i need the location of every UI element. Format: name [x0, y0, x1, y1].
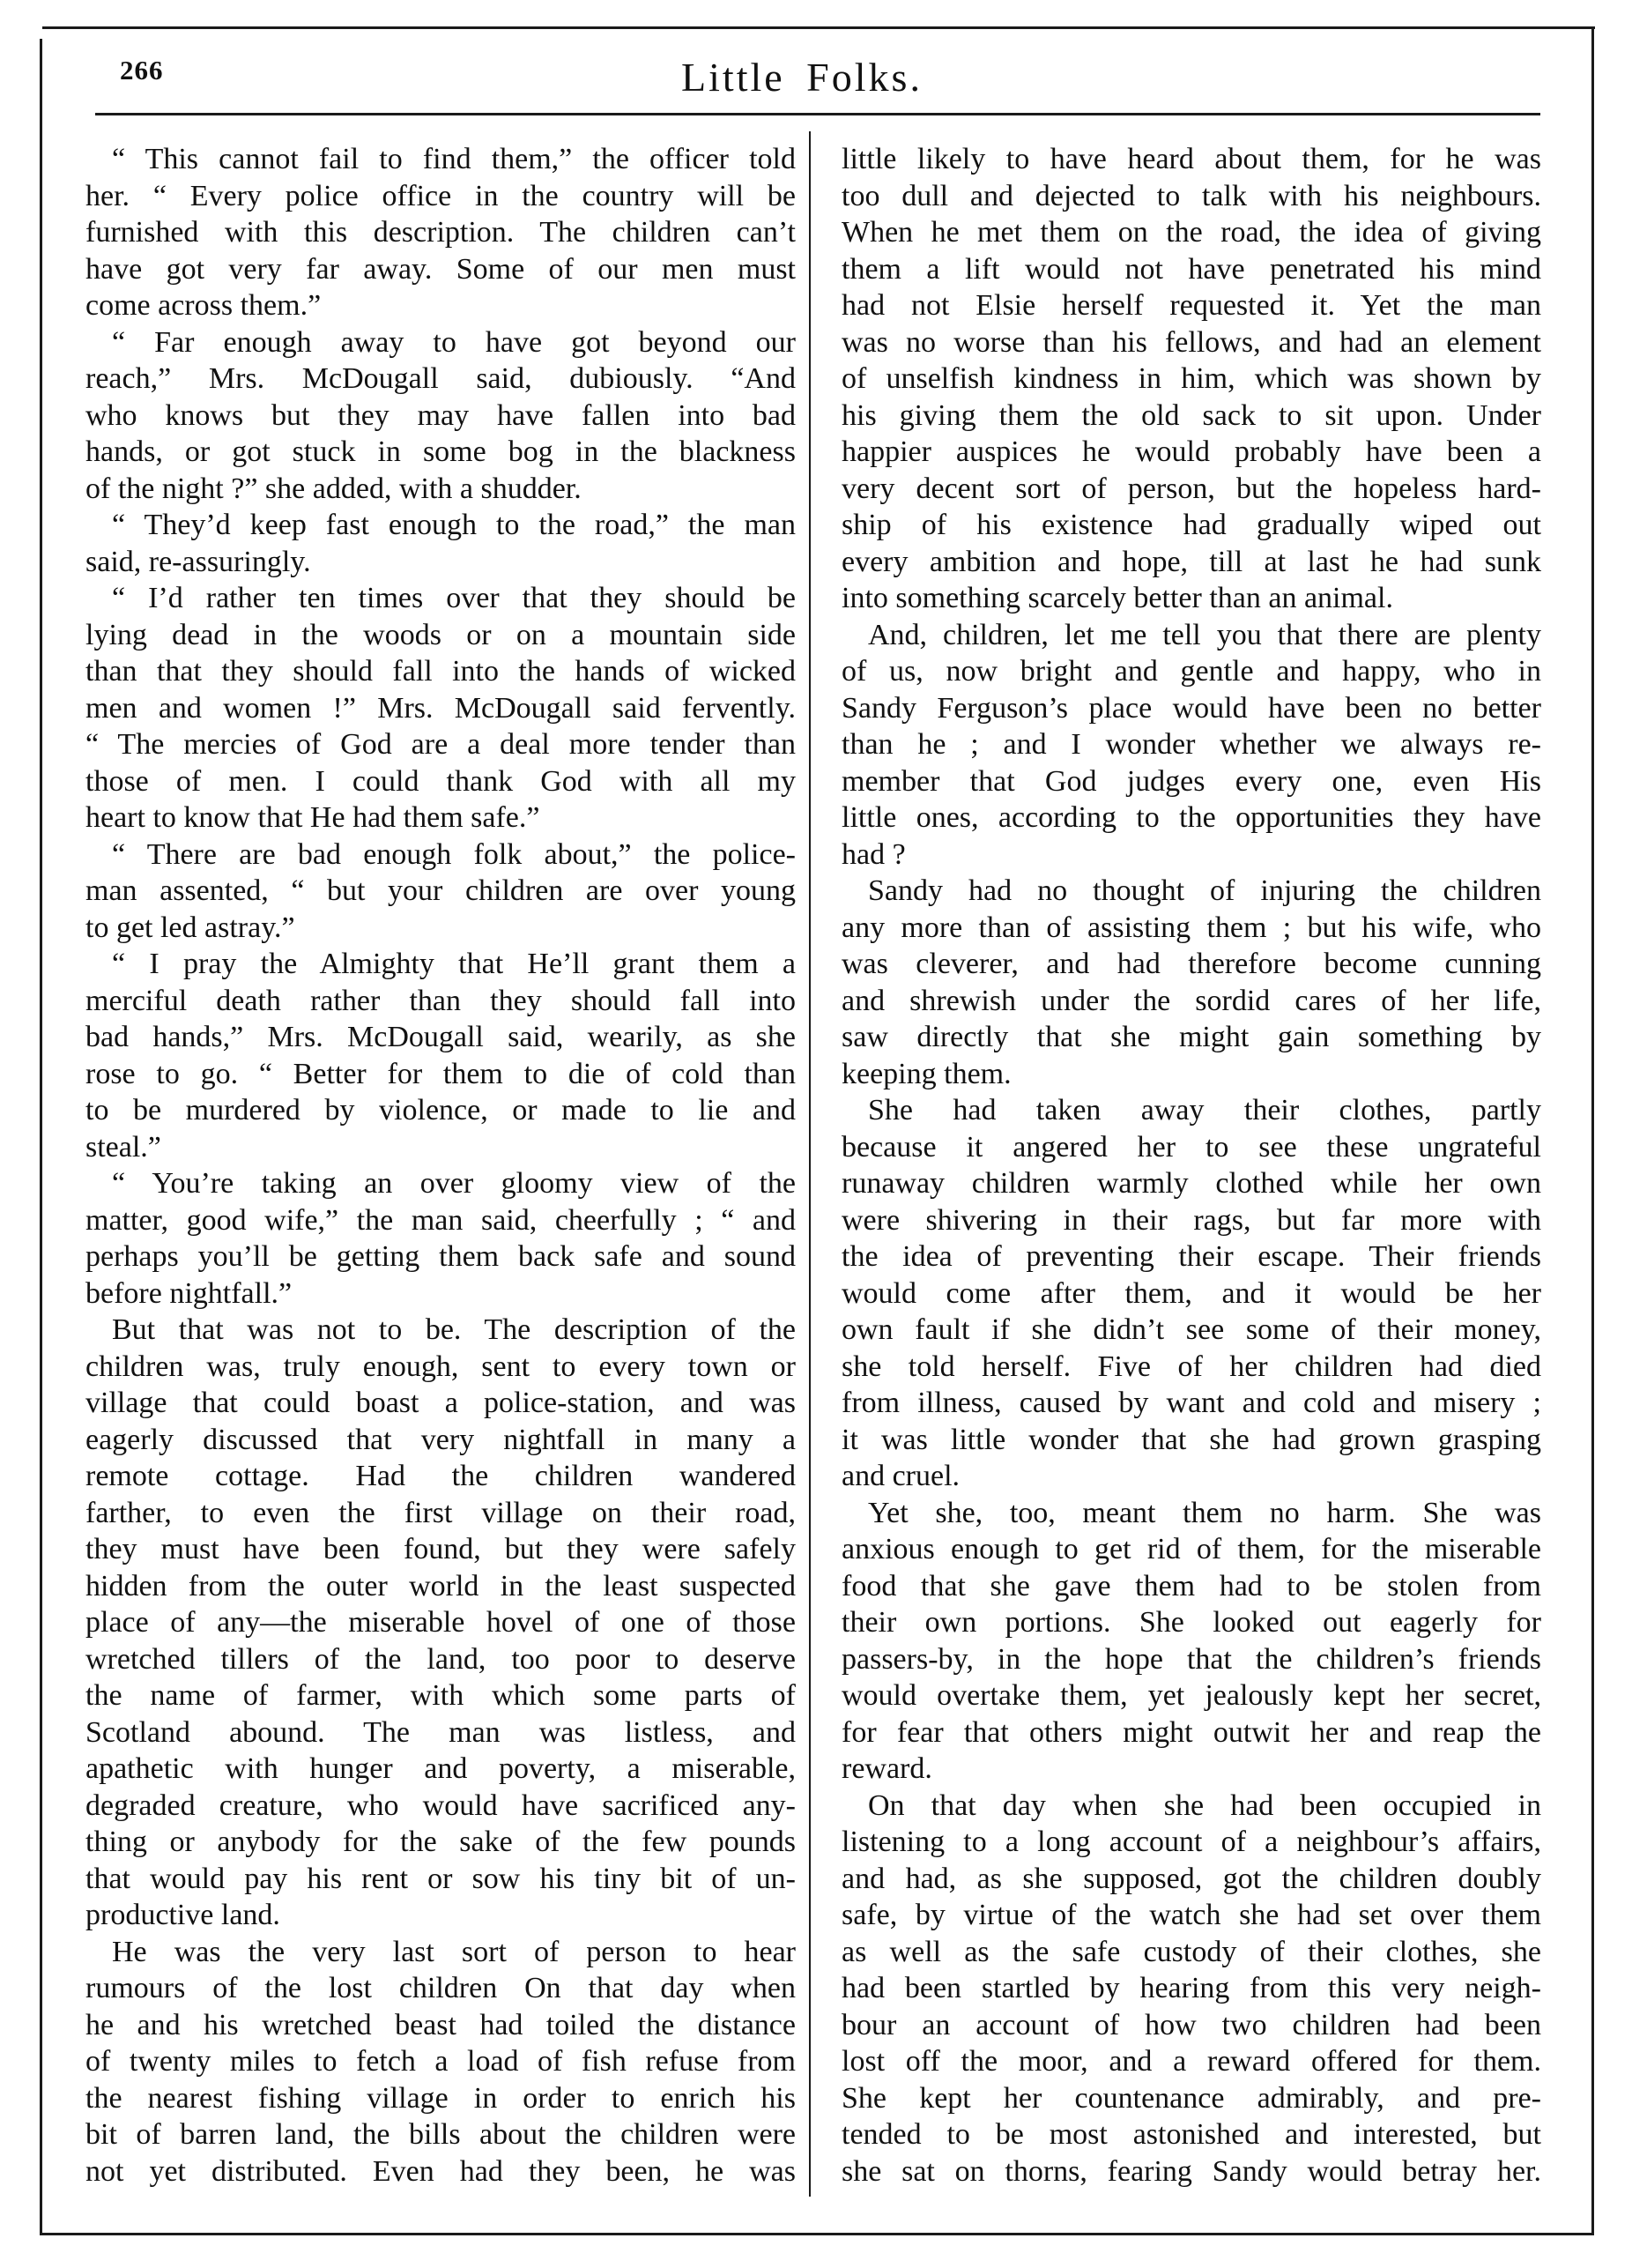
text-line: happier auspices he would probably have …	[842, 434, 1541, 471]
text-line: But that was not to be. The description …	[85, 1312, 796, 1349]
text-line: every ambition and hope, till at last he…	[842, 544, 1541, 581]
text-line: apathetic with hunger and poverty, a mis…	[85, 1751, 796, 1788]
page-frame-left-border	[40, 39, 42, 2235]
text-line: On that day when she had been occupied i…	[842, 1788, 1541, 1825]
text-line: reward.	[842, 1751, 1541, 1788]
text-line: man assented, “ but your children are ov…	[85, 873, 796, 910]
text-line: have got very far away. Some of our men …	[85, 251, 796, 288]
text-line: those of men. I could thank God with all…	[85, 763, 796, 800]
text-line: of unselfish kindness in him, which was …	[842, 361, 1541, 398]
text-line: ship of his existence had gradually wipe…	[842, 507, 1541, 544]
text-line: the nearest fishing village in order to …	[85, 2080, 796, 2117]
text-line: she told herself. Five of her children h…	[842, 1349, 1541, 1386]
text-line: and had, as she supposed, got the childr…	[842, 1861, 1541, 1898]
text-line: “ Far enough away to have got beyond our	[85, 324, 796, 361]
text-line: than that they should fall into the hand…	[85, 653, 796, 690]
text-line: saw directly that she might gain somethi…	[842, 1019, 1541, 1056]
text-line: “ I’d rather ten times over that they sh…	[85, 580, 796, 617]
text-line: Scotland abound. The man was listless, a…	[85, 1714, 796, 1751]
text-line: Sandy had no thought of injuring the chi…	[842, 873, 1541, 910]
page-frame-bottom-border	[40, 2233, 1594, 2235]
text-line: degraded creature, who would have sacrif…	[85, 1788, 796, 1825]
text-line: perhaps you’ll be getting them back safe…	[85, 1238, 796, 1275]
text-line: of twenty miles to fetch a load of fish …	[85, 2043, 796, 2080]
text-line: remote cottage. Had the children wandere…	[85, 1458, 796, 1495]
text-line: village that could boast a police-statio…	[85, 1385, 796, 1422]
text-line: heart to know that He had them safe.”	[85, 799, 796, 837]
column-divider	[809, 131, 811, 2197]
text-line: not yet distributed. Even had they been,…	[85, 2153, 796, 2190]
text-line: “ They’d keep fast enough to the road,” …	[85, 507, 796, 544]
text-line: they must have been found, but they were…	[85, 1531, 796, 1568]
text-line: own fault if she didn’t see some of thei…	[842, 1312, 1541, 1349]
text-line: furnished with this description. The chi…	[85, 214, 796, 251]
text-line: the name of farmer, with which some part…	[85, 1677, 796, 1714]
text-line: had not Elsie herself requested it. Yet …	[842, 287, 1541, 324]
text-line: of us, now bright and gentle and happy, …	[842, 653, 1541, 690]
text-line: runaway children warmly clothed while he…	[842, 1165, 1541, 1202]
text-line: their own portions. She looked out eager…	[842, 1604, 1541, 1641]
text-line: He was the very last sort of person to h…	[85, 1934, 796, 1971]
running-title: Little Folks.	[493, 55, 1110, 100]
text-line: “ The mercies of God are a deal more ten…	[85, 726, 796, 763]
text-line: he and his wretched beast had toiled the…	[85, 2007, 796, 2044]
text-line: “ You’re taking an over gloomy view of t…	[85, 1165, 796, 1202]
text-line: tended to be most astonished and interes…	[842, 2116, 1541, 2153]
text-line: before nightfall.”	[85, 1275, 796, 1312]
text-line: Sandy Ferguson’s place would have been n…	[842, 690, 1541, 727]
text-line: were shivering in their rags, but far mo…	[842, 1202, 1541, 1239]
text-line: “ This cannot fail to find them,” the of…	[85, 141, 796, 178]
text-line: and cruel.	[842, 1458, 1541, 1495]
text-line: She had taken away their clothes, partly	[842, 1092, 1541, 1129]
text-line: bit of barren land, the bills about the …	[85, 2116, 796, 2153]
text-line: hands, or got stuck in some bog in the b…	[85, 434, 796, 471]
text-line: would come after them, and it would be h…	[842, 1275, 1541, 1312]
text-line: rumours of the lost children On that day…	[85, 1970, 796, 2007]
text-line: And, children, let me tell you that ther…	[842, 617, 1541, 654]
text-line: passers-by, in the hope that the childre…	[842, 1641, 1541, 1678]
page-frame-top-border	[42, 26, 1595, 29]
text-line: Yet she, too, meant them no harm. She wa…	[842, 1495, 1541, 1532]
text-line: was no worse than his fellows, and had a…	[842, 324, 1541, 361]
text-line: to get led astray.”	[85, 910, 796, 947]
text-line: the idea of preventing their escape. The…	[842, 1238, 1541, 1275]
text-line: listening to a long account of a neighbo…	[842, 1824, 1541, 1861]
page-frame-right-border	[1591, 28, 1594, 2235]
text-line: she sat on thorns, fearing Sandy would b…	[842, 2153, 1541, 2190]
text-line: She kept her countenance admirably, and …	[842, 2080, 1541, 2117]
text-line: too dull and dejected to talk with his n…	[842, 178, 1541, 215]
left-column: “ This cannot fail to find them,” the of…	[85, 141, 796, 2190]
text-line: than he ; and I wonder whether we always…	[842, 726, 1541, 763]
text-line: of the night ?” she added, with a shudde…	[85, 471, 796, 508]
text-line: men and women !” Mrs. McDougall said fer…	[85, 690, 796, 727]
text-line: come across them.”	[85, 287, 796, 324]
text-line: said, re-assuringly.	[85, 544, 796, 581]
text-line: rose to go. “ Better for them to die of …	[85, 1056, 796, 1093]
text-line: little ones, according to the opportunit…	[842, 799, 1541, 837]
text-line: food that she gave them had to be stolen…	[842, 1568, 1541, 1605]
text-line: had ?	[842, 837, 1541, 874]
text-line: who knows but they may have fallen into …	[85, 398, 796, 435]
text-line: “ I pray the Almighty that He’ll grant t…	[85, 946, 796, 983]
text-line: keeping them.	[842, 1056, 1541, 1093]
text-line: that would pay his rent or sow his tiny …	[85, 1861, 796, 1898]
text-line: bad hands,” Mrs. McDougall said, wearily…	[85, 1019, 796, 1056]
text-line: merciful death rather than they should f…	[85, 983, 796, 1020]
text-line: When he met them on the road, the idea o…	[842, 214, 1541, 251]
text-line: productive land.	[85, 1897, 796, 1934]
text-line: reach,” Mrs. McDougall said, dubiously. …	[85, 361, 796, 398]
header-rule	[95, 113, 1540, 115]
text-line: bour an account of how two children had …	[842, 2007, 1541, 2044]
text-line: eagerly discussed that very nightfall in…	[85, 1422, 796, 1459]
text-line: thing or anybody for the sake of the few…	[85, 1824, 796, 1861]
text-line: place of any—the miserable hovel of one …	[85, 1604, 796, 1641]
text-line: from illness, caused by want and cold an…	[842, 1385, 1541, 1422]
text-line: as well as the safe custody of their clo…	[842, 1934, 1541, 1971]
text-line: for fear that others might outwit her an…	[842, 1714, 1541, 1751]
text-line: had been startled by hearing from this v…	[842, 1970, 1541, 2007]
text-line: was cleverer, and had therefore become c…	[842, 946, 1541, 983]
text-line: farther, to even the first village on th…	[85, 1495, 796, 1532]
text-line: into something scarcely better than an a…	[842, 580, 1541, 617]
text-line: her. “ Every police office in the countr…	[85, 178, 796, 215]
text-line: member that God judges every one, even H…	[842, 763, 1541, 800]
text-line: it was little wonder that she had grown …	[842, 1422, 1541, 1459]
right-column: little likely to have heard about them, …	[842, 141, 1541, 2190]
text-line: lying dead in the woods or on a mountain…	[85, 617, 796, 654]
text-line: wretched tillers of the land, too poor t…	[85, 1641, 796, 1678]
text-line: them a lift would not have penetrated hi…	[842, 251, 1541, 288]
text-line: because it angered her to see these ungr…	[842, 1129, 1541, 1166]
text-line: lost off the moor, and a reward offered …	[842, 2043, 1541, 2080]
text-line: anxious enough to get rid of them, for t…	[842, 1531, 1541, 1568]
text-line: little likely to have heard about them, …	[842, 141, 1541, 178]
text-line: children was, truly enough, sent to ever…	[85, 1349, 796, 1386]
text-line: any more than of assisting them ; but hi…	[842, 910, 1541, 947]
text-line: and shrewish under the sordid cares of h…	[842, 983, 1541, 1020]
text-line: safe, by virtue of the watch she had set…	[842, 1897, 1541, 1934]
text-line: matter, good wife,” the man said, cheerf…	[85, 1202, 796, 1239]
text-line: hidden from the outer world in the least…	[85, 1568, 796, 1605]
text-line: very decent sort of person, but the hope…	[842, 471, 1541, 508]
text-line: to be murdered by violence, or made to l…	[85, 1092, 796, 1129]
text-line: would overtake them, yet jealously kept …	[842, 1677, 1541, 1714]
text-line: his giving them the old sack to sit upon…	[842, 398, 1541, 435]
page-number: 266	[120, 55, 164, 86]
text-line: steal.”	[85, 1129, 796, 1166]
text-line: “ There are bad enough folk about,” the …	[85, 837, 796, 874]
